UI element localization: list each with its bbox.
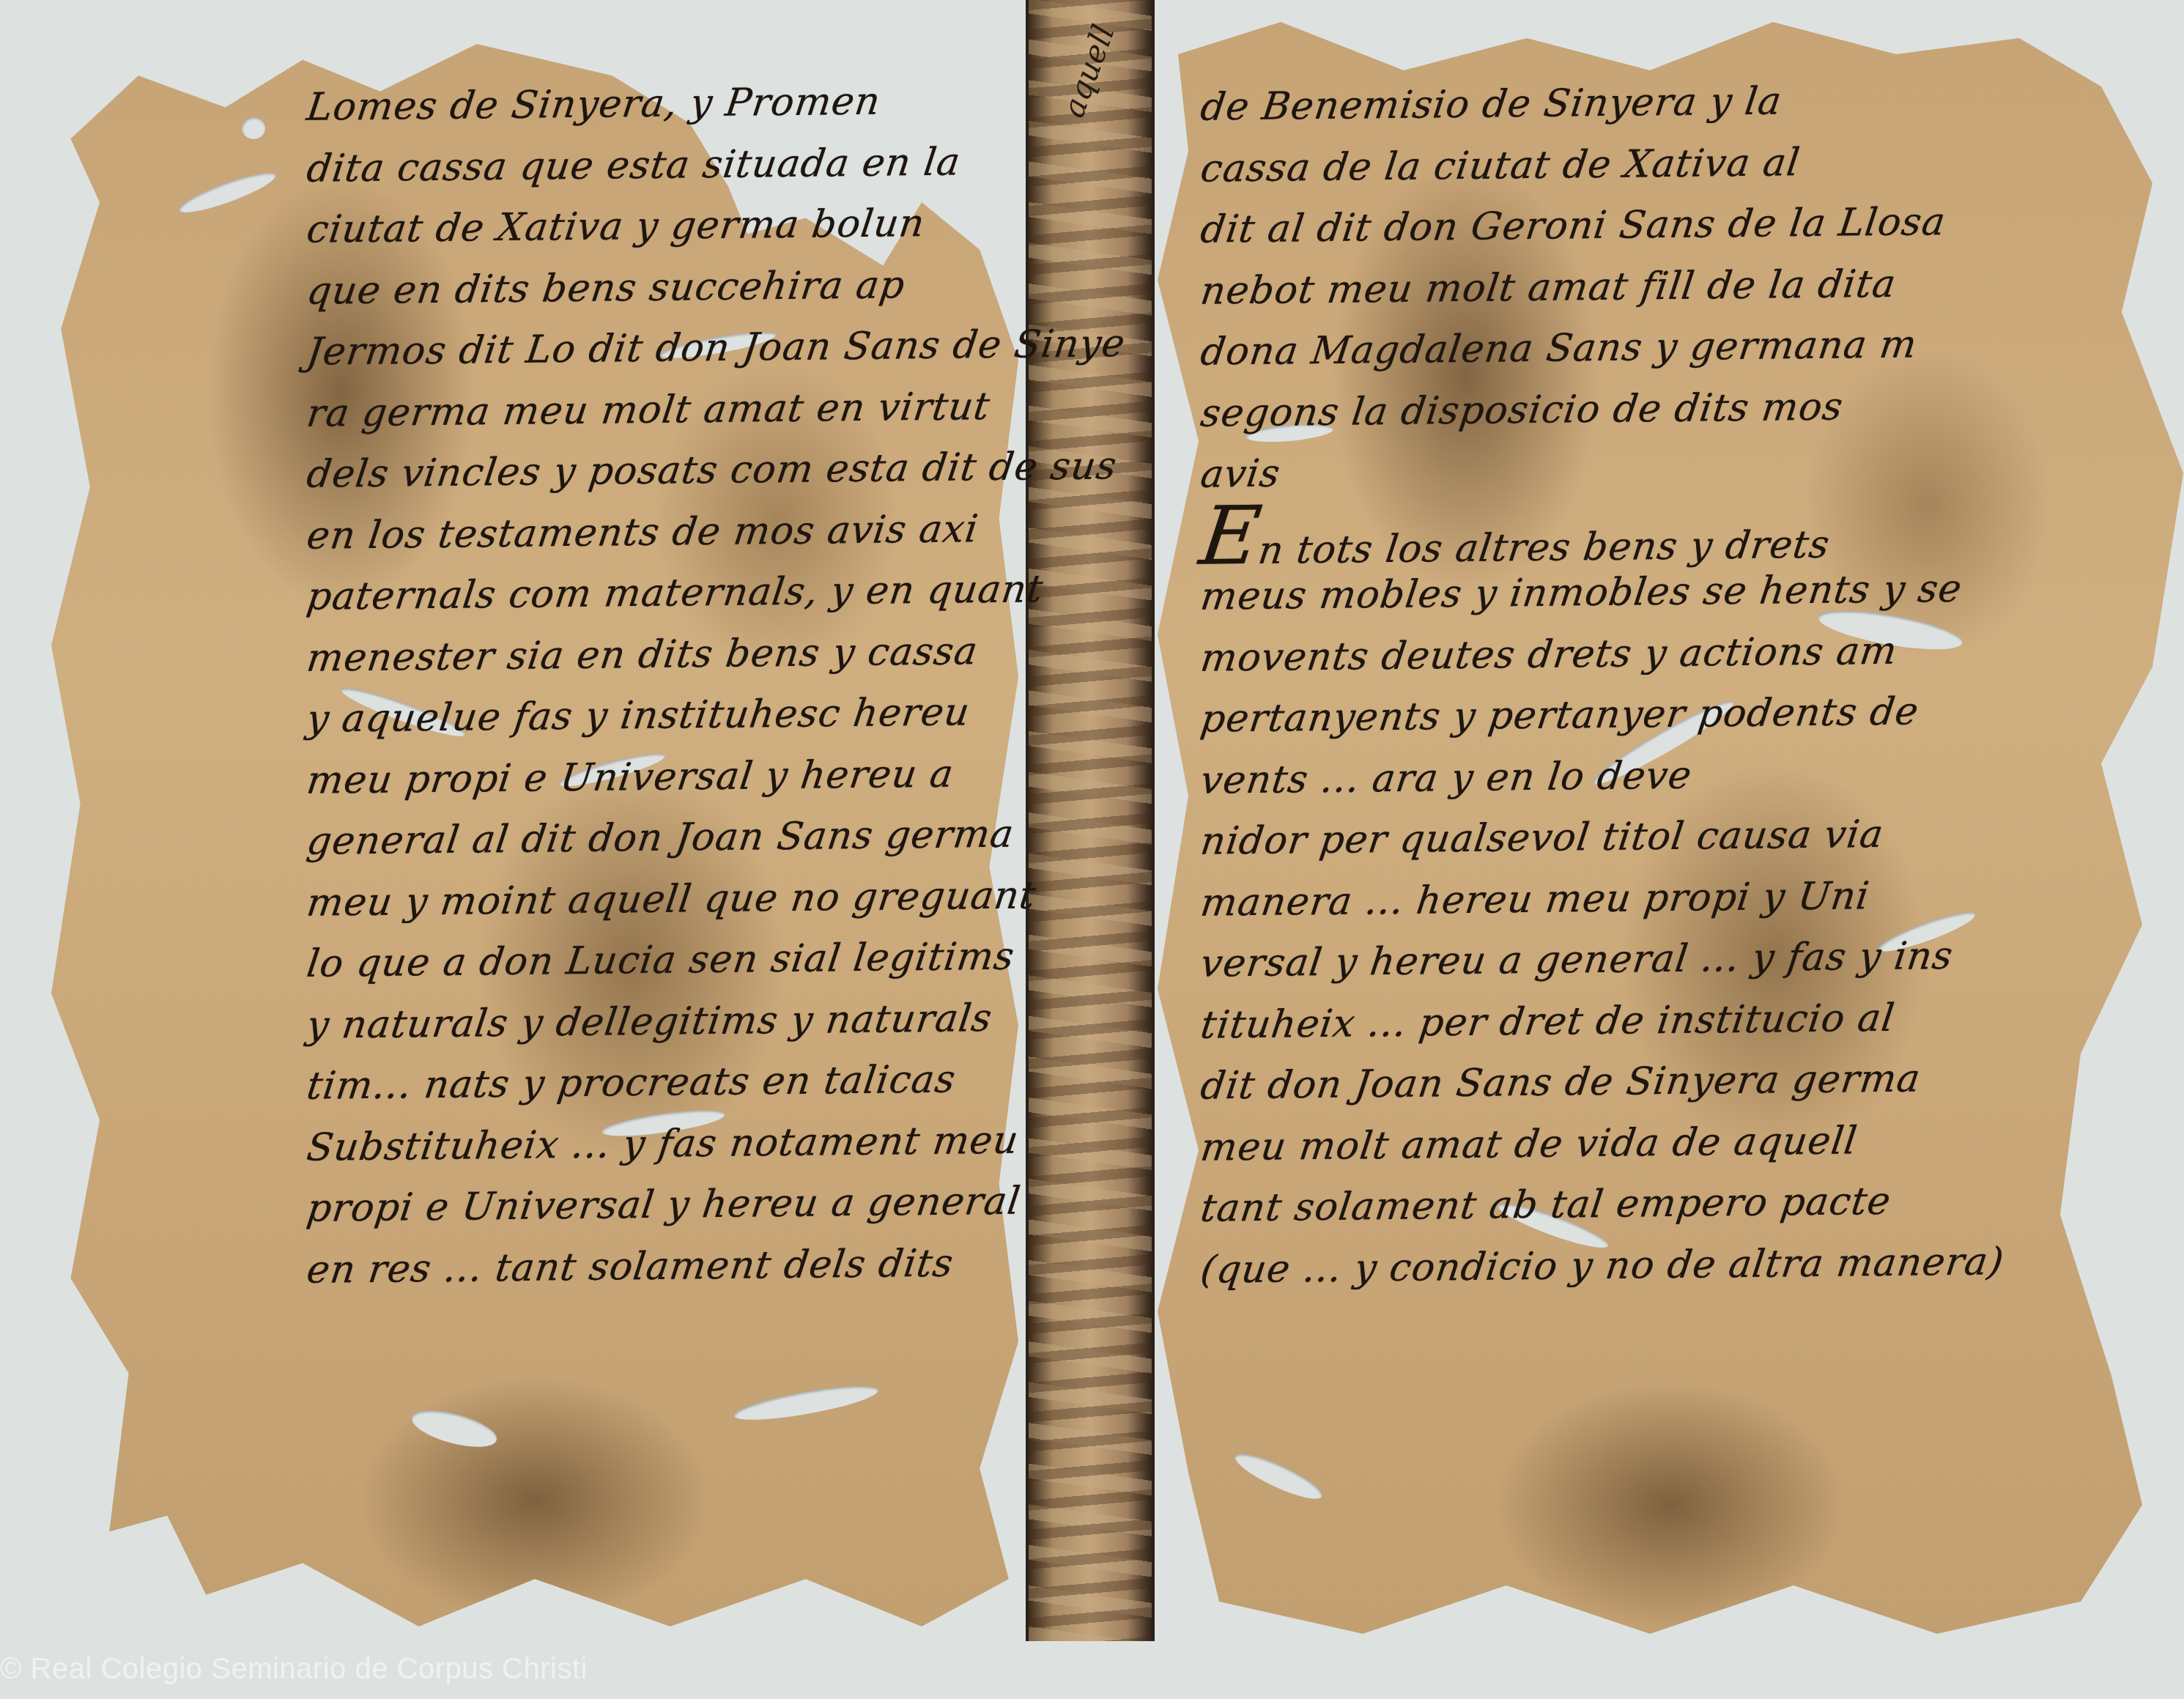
text-line: lo que a don Lucia sen sial legitims (303, 925, 1129, 995)
text-line: manera ... hereu meu propi y Uni (1197, 865, 2008, 934)
text-line: meu y moint aquell que no greguant (303, 865, 1129, 934)
text-line: Substituheix ... y fas notament meu (303, 1109, 1129, 1179)
text-line: dita cassa que esta situada en la (303, 130, 1129, 200)
text-line: dit don Joan Sans de Sinyera germa (1197, 1048, 2008, 1117)
text-line: meus mobles y inmobles se hents y se (1197, 558, 2008, 628)
text-line: segons la disposicio de dits mos (1197, 375, 2008, 445)
text-line: general al dit don Joan Sans germa (303, 803, 1129, 873)
text-line: nebot meu molt amat fill de la dita (1197, 253, 2008, 322)
left-page-text: Lomes de Sinyera, y Promen dita cassa qu… (308, 73, 1125, 1297)
text-line: ciutat de Xativa y germa bolun (303, 191, 1129, 261)
text-line: que en dits bens succehira ap (303, 253, 1129, 322)
text-line: ra germa meu molt amat en virtut (303, 375, 1129, 445)
damage-hole (242, 117, 265, 139)
manuscript-photo: aquell Lomes de Sinyera, y Promen dita c… (0, 0, 2184, 1699)
text-line: Lomes de Sinyera, y Promen (303, 69, 1129, 138)
text-line: nidor per qualsevol titol causa via (1197, 803, 2008, 873)
text-line: versal y hereu a general ... y fas y ins (1197, 925, 2008, 995)
text-line: en los testaments de mos avis axi (303, 497, 1129, 567)
text-line: en res ... tant solament dels dits (303, 1232, 1129, 1301)
text-line: Jermos dit Lo dit don Joan Sans de Sinye (303, 314, 1129, 383)
text-line: avis (1197, 436, 2008, 506)
text-line: propi e Universal y hereu a general (303, 1170, 1129, 1240)
text-line: (que ... y condicio y no de altra manera… (1197, 1232, 2008, 1301)
text-line-heading: En tots los altres bens y drets (1197, 497, 2008, 567)
text-line: tim... nats y procreats en talicas (303, 1048, 1129, 1117)
text-line: meu molt amat de vida de aquell (1197, 1109, 2008, 1179)
text-line: de Benemisio de Sinyera y la (1197, 69, 2008, 138)
text-line: dona Magdalena Sans y germana m (1197, 314, 2008, 383)
text-line: pertanyents y pertanyer podents de (1197, 681, 2008, 750)
text-line: movents deutes drets y actions am (1197, 620, 2008, 689)
text-line: dit al dit don Geroni Sans de la Llosa (1197, 191, 2008, 261)
text-line: vents ... ara y en lo deve (1197, 742, 2008, 812)
text-line: menester sia en dits bens y cassa (303, 620, 1129, 689)
text-line: y aquelue fas y instituhesc hereu (303, 681, 1129, 750)
text-line: tituheix ... per dret de institucio al (1197, 987, 2008, 1056)
right-page-text: de Benemisio de Sinyera y la cassa de la… (1202, 73, 2003, 1297)
text-line: cassa de la ciutat de Xativa al (1197, 130, 2008, 200)
text-line: meu propi e Universal y hereu a (303, 742, 1129, 812)
text-line: tant solament ab tal empero pacte (1197, 1170, 2008, 1240)
copyright-watermark: © Real Colegio Seminario de Corpus Chris… (0, 1653, 588, 1686)
text-line: paternals com maternals, y en quant (303, 558, 1129, 628)
text-line: dels vincles y posats com esta dit de su… (303, 436, 1129, 506)
text-line: y naturals y dellegitims y naturals (303, 987, 1129, 1056)
